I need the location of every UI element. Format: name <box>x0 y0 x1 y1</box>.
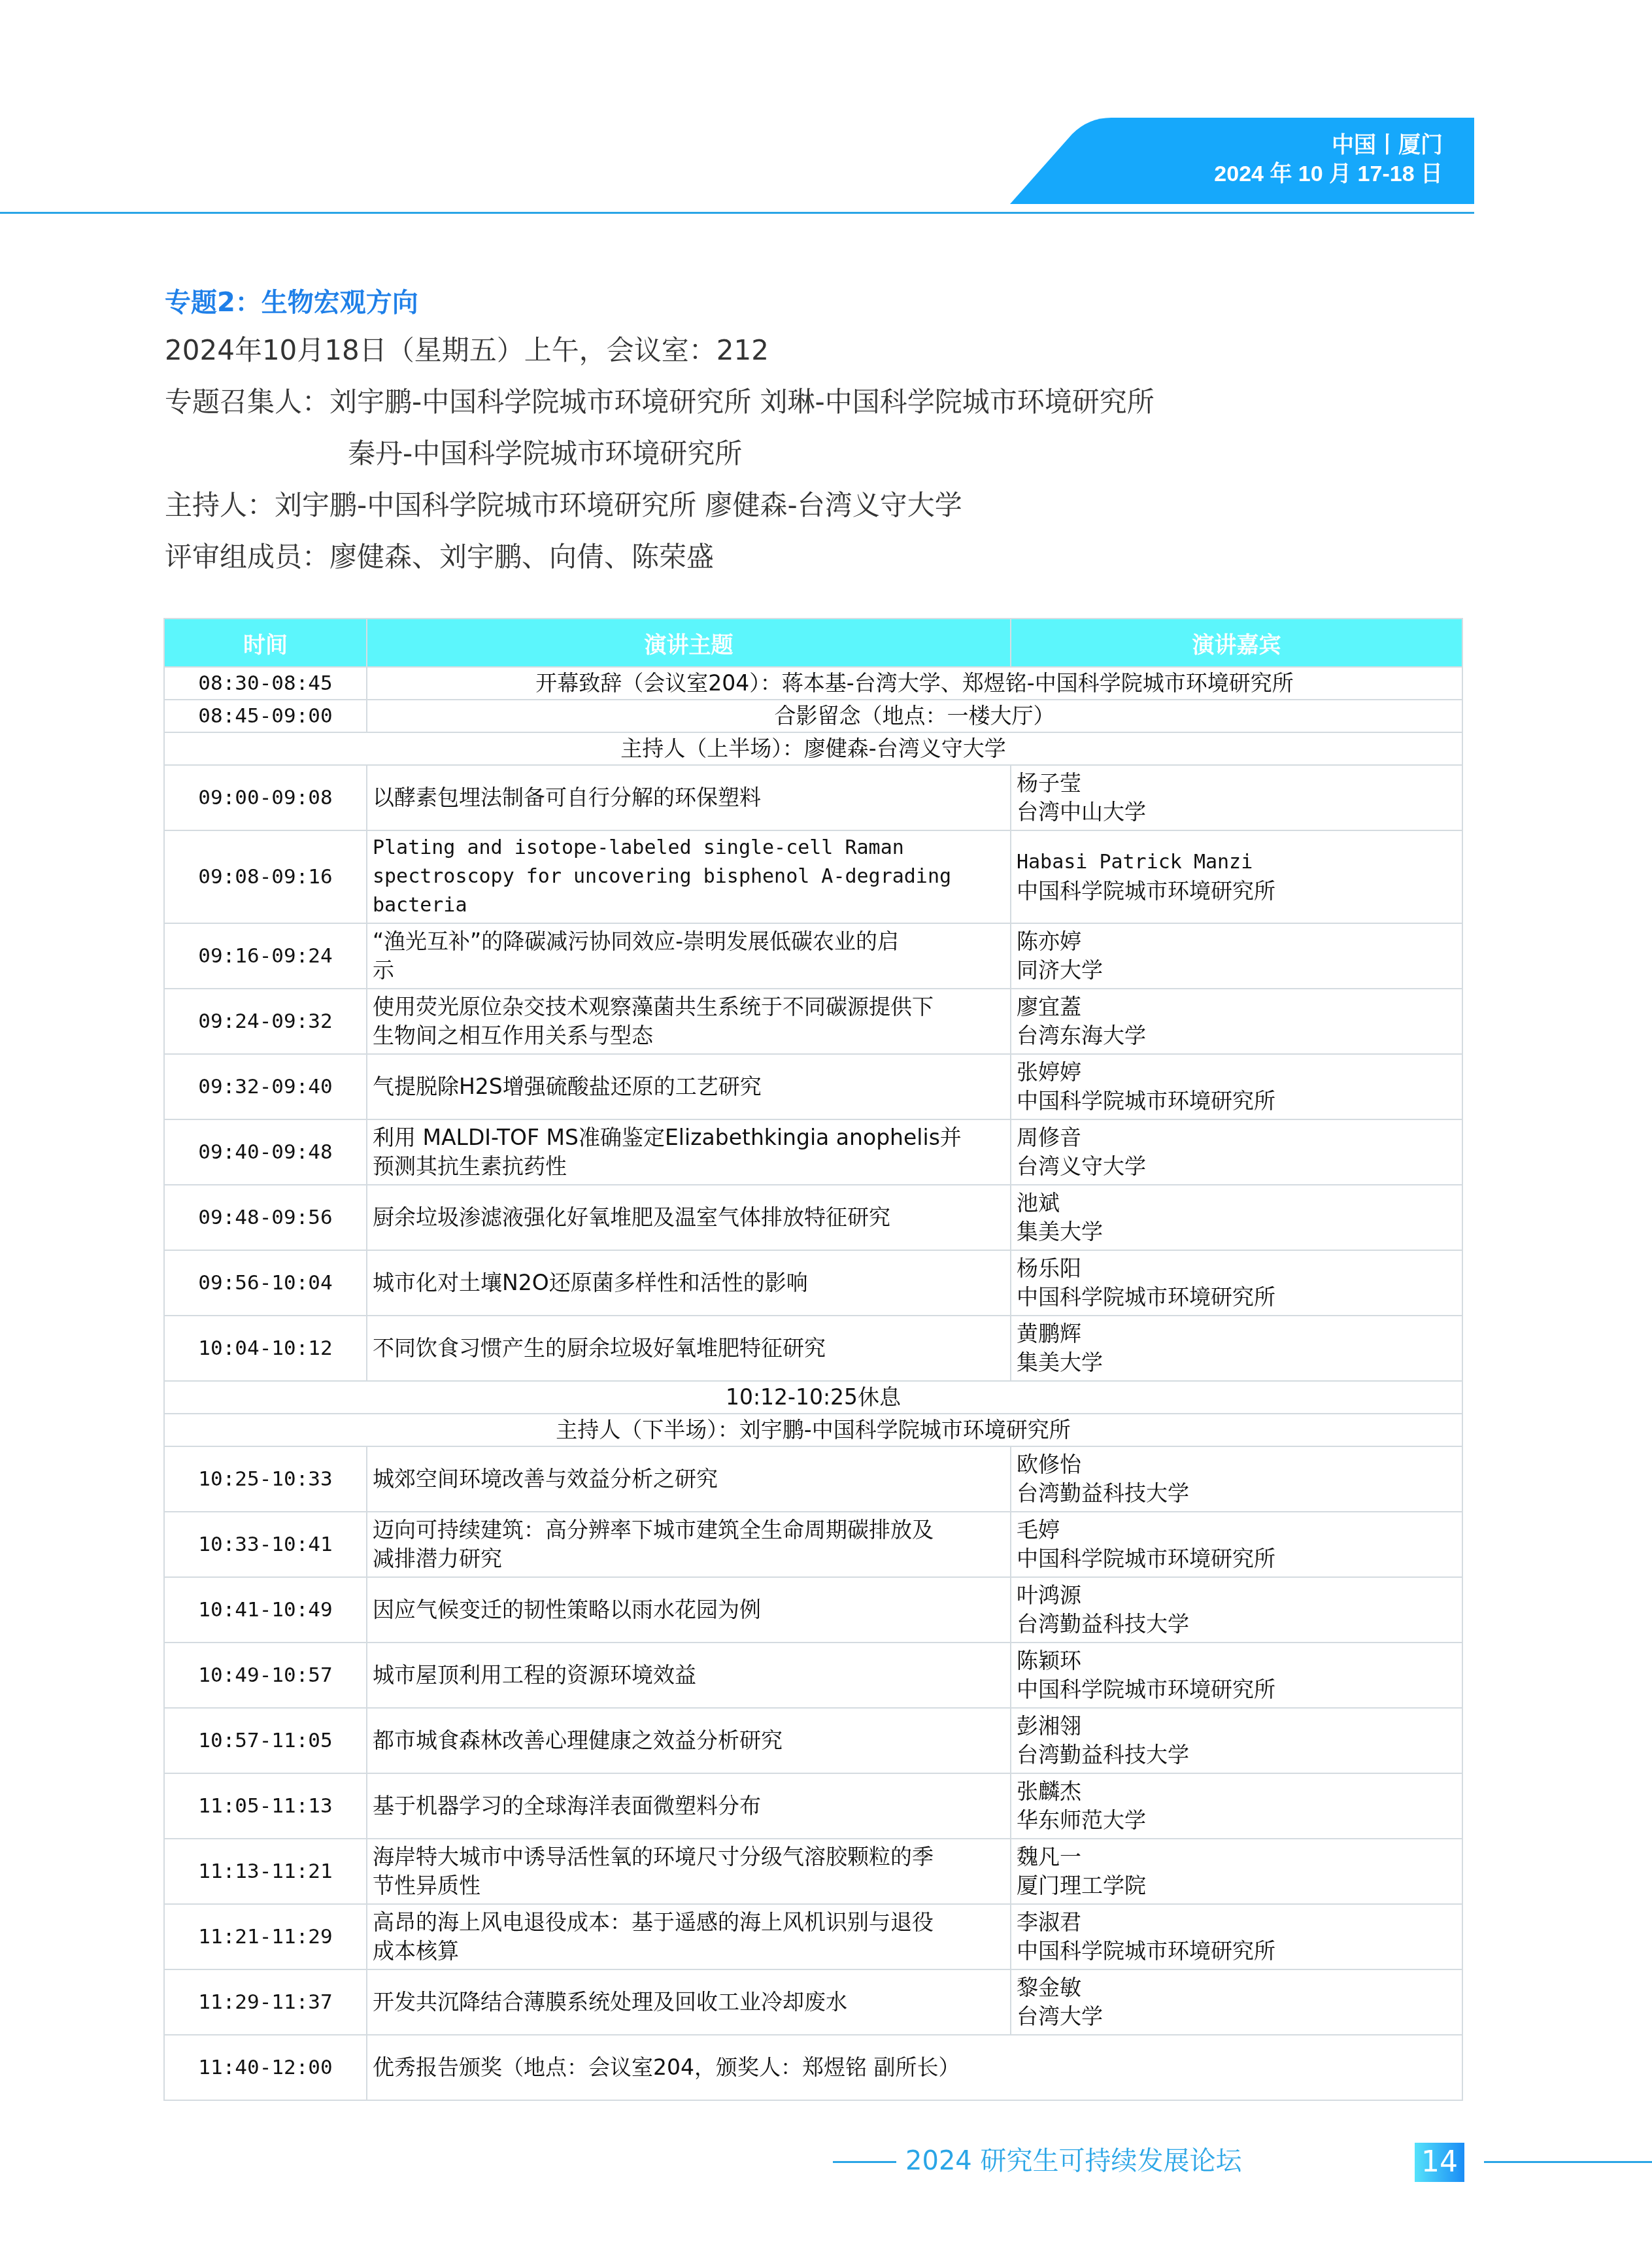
table-row: 09:16-09:24“渔光互补”的降碳减污协同效应-崇明发展低碳农业的启示陈亦… <box>164 923 1462 989</box>
speaker-affiliation: 中国科学院城市环境研究所 <box>1017 1283 1457 1312</box>
banner-location: 中国丨厦门 <box>1214 131 1443 160</box>
speaker-affiliation: 台湾义守大学 <box>1017 1152 1457 1181</box>
table-row-opening: 08:30-08:45 开幕致辞（会议室204）：蒋本基-台湾大学、郑煜铭-中国… <box>164 667 1462 700</box>
speaker-name: 廖宜蓋 <box>1017 993 1457 1021</box>
session-title: 专题2：生物宏观方向 <box>165 281 1472 324</box>
table-row-host-second-half: 主持人（下半场）：刘宇鹏-中国科学院城市环境研究所 <box>164 1414 1462 1446</box>
topic-line: 成本核算 <box>373 1937 1005 1966</box>
topic-cell: 海岸特大城市中诱导活性氧的环境尺寸分级气溶胶颗粒的季节性异质性 <box>367 1839 1011 1904</box>
table-row: 11:05-11:13基于机器学习的全球海洋表面微塑料分布张麟杰华东师范大学 <box>164 1773 1462 1839</box>
topic-line: Plating and isotope-labeled single-cell … <box>373 834 1005 862</box>
topic-line: 以酵素包埋法制备可自行分解的环保塑料 <box>373 783 1005 812</box>
column-header-speaker: 演讲嘉宾 <box>1011 619 1462 667</box>
speaker-affiliation: 中国科学院城市环境研究所 <box>1017 1937 1457 1966</box>
speaker-affiliation: 台湾勤益科技大学 <box>1017 1610 1457 1639</box>
speaker-affiliation: 台湾勤益科技大学 <box>1017 1479 1457 1508</box>
speaker-name: 池斌 <box>1017 1189 1457 1218</box>
topic-cell: 不同饮食习惯产生的厨余垃圾好氧堆肥特征研究 <box>367 1316 1011 1381</box>
header-banner: 中国丨厦门 2024 年 10 月 17-18 日 <box>1010 118 1474 204</box>
topic-line: 迈向可持续建筑：高分辨率下城市建筑全生命周期碳排放及 <box>373 1516 1005 1544</box>
topic-line: 利用 MALDI-TOF MS准确鉴定Elizabethkingia anoph… <box>373 1123 1005 1152</box>
speaker-name: 杨子莹 <box>1017 769 1457 798</box>
host-first-half-cell: 主持人（上半场）：廖健森-台湾义守大学 <box>164 732 1462 765</box>
footer-divider-right <box>1484 2161 1652 2163</box>
table-row: 09:08-09:16Plating and isotope-labeled s… <box>164 830 1462 923</box>
page-number: 14 <box>1415 2143 1464 2182</box>
table-row: 09:40-09:48利用 MALDI-TOF MS准确鉴定Elizabethk… <box>164 1119 1462 1185</box>
speaker-cell: 魏凡一厦门理工学院 <box>1011 1839 1462 1904</box>
time-cell: 09:16-09:24 <box>164 923 367 989</box>
table-row: 09:56-10:04城市化对土壤N2O还原菌多样性和活性的影响杨乐阳中国科学院… <box>164 1250 1462 1316</box>
table-header-row: 时间 演讲主题 演讲嘉宾 <box>164 619 1462 667</box>
speaker-affiliation: 厦门理工学院 <box>1017 1871 1457 1900</box>
footer-divider-left <box>833 2161 896 2163</box>
session-conveners-line2: 秦丹-中国科学院城市环境研究所 <box>348 437 742 469</box>
speaker-affiliation: 中国科学院城市环境研究所 <box>1017 1087 1457 1115</box>
table-row: 09:00-09:08以酵素包埋法制备可自行分解的环保塑料杨子莹台湾中山大学 <box>164 765 1462 830</box>
time-cell: 09:56-10:04 <box>164 1250 367 1316</box>
agenda-table: 时间 演讲主题 演讲嘉宾 08:30-08:45 开幕致辞（会议室204）：蒋本… <box>163 618 1463 2101</box>
speaker-affiliation: 台湾大学 <box>1017 2002 1457 2031</box>
time-cell: 10:04-10:12 <box>164 1316 367 1381</box>
award-cell: 优秀报告颁奖（地点：会议室204，颁奖人：郑煜铭 副所长） <box>367 2035 1462 2100</box>
speaker-name: 张麟杰 <box>1017 1777 1457 1806</box>
topic-line: 高昂的海上风电退役成本：基于遥感的海上风机识别与退役 <box>373 1908 1005 1937</box>
speaker-name: 魏凡一 <box>1017 1843 1457 1871</box>
speaker-cell: 彭湘翎台湾勤益科技大学 <box>1011 1708 1462 1773</box>
topic-line: 节性异质性 <box>373 1871 1005 1900</box>
topic-cell: 厨余垃圾渗滤液强化好氧堆肥及温室气体排放特征研究 <box>367 1185 1011 1250</box>
speaker-affiliation: 中国科学院城市环境研究所 <box>1017 1544 1457 1573</box>
table-row: 10:57-11:05都市城食森林改善心理健康之效益分析研究彭湘翎台湾勤益科技大… <box>164 1708 1462 1773</box>
speaker-name: 毛婷 <box>1017 1516 1457 1544</box>
time-cell: 09:40-09:48 <box>164 1119 367 1185</box>
time-cell: 11:13-11:21 <box>164 1839 367 1904</box>
speaker-affiliation: 台湾东海大学 <box>1017 1021 1457 1050</box>
speaker-name: 黄鹏辉 <box>1017 1320 1457 1348</box>
session-info: 专题2：生物宏观方向 2024年10月18日（星期五）上午，会议室：212 专题… <box>165 281 1472 583</box>
topic-line: 都市城食森林改善心理健康之效益分析研究 <box>373 1726 1005 1755</box>
speaker-cell: 陈亦婷同济大学 <box>1011 923 1462 989</box>
time-cell: 10:57-11:05 <box>164 1708 367 1773</box>
speaker-cell: 李淑君中国科学院城市环境研究所 <box>1011 1904 1462 1969</box>
speaker-cell: 池斌集美大学 <box>1011 1185 1462 1250</box>
topic-cell: 城市屋顶利用工程的资源环境效益 <box>367 1643 1011 1708</box>
topic-line: 城郊空间环境改善与效益分析之研究 <box>373 1465 1005 1493</box>
photo-cell: 合影留念（地点：一楼大厅） <box>367 700 1462 732</box>
table-row: 11:21-11:29高昂的海上风电退役成本：基于遥感的海上风机识别与退役成本核… <box>164 1904 1462 1969</box>
topic-cell: “渔光互补”的降碳减污协同效应-崇明发展低碳农业的启示 <box>367 923 1011 989</box>
table-row-award: 11:40-12:00 优秀报告颁奖（地点：会议室204，颁奖人：郑煜铭 副所长… <box>164 2035 1462 2100</box>
speaker-cell: Habasi Patrick Manzi中国科学院城市环境研究所 <box>1011 830 1462 923</box>
speaker-affiliation: 集美大学 <box>1017 1218 1457 1246</box>
speaker-cell: 陈颖环中国科学院城市环境研究所 <box>1011 1643 1462 1708</box>
topic-cell: 城市化对土壤N2O还原菌多样性和活性的影响 <box>367 1250 1011 1316</box>
table-row: 10:49-10:57城市屋顶利用工程的资源环境效益陈颖环中国科学院城市环境研究… <box>164 1643 1462 1708</box>
time-cell: 11:05-11:13 <box>164 1773 367 1839</box>
topic-line: spectroscopy for uncovering bisphenol A-… <box>373 862 1005 891</box>
topic-line: 气提脱除H2S增强硫酸盐还原的工艺研究 <box>373 1072 1005 1101</box>
banner-text: 中国丨厦门 2024 年 10 月 17-18 日 <box>1214 131 1443 188</box>
speaker-cell: 黄鹏辉集美大学 <box>1011 1316 1462 1381</box>
time-cell: 10:33-10:41 <box>164 1512 367 1577</box>
topic-line: 预测其抗生素抗药性 <box>373 1152 1005 1181</box>
time-cell: 11:21-11:29 <box>164 1904 367 1969</box>
table-row-break: 10:12-10:25休息 <box>164 1381 1462 1414</box>
session-date: 2024年10月18日（星期五）上午，会议室：212 <box>165 324 1472 376</box>
topic-line: 城市屋顶利用工程的资源环境效益 <box>373 1661 1005 1690</box>
speaker-name: 欧修怡 <box>1017 1450 1457 1479</box>
speaker-cell: 廖宜蓋台湾东海大学 <box>1011 989 1462 1054</box>
first-half-talks: 09:00-09:08以酵素包埋法制备可自行分解的环保塑料杨子莹台湾中山大学09… <box>164 765 1462 1381</box>
topic-cell: 以酵素包埋法制备可自行分解的环保塑料 <box>367 765 1011 830</box>
time-cell: 10:41-10:49 <box>164 1577 367 1643</box>
header-divider <box>0 212 1474 214</box>
table-row: 10:25-10:33城郊空间环境改善与效益分析之研究欧修怡台湾勤益科技大学 <box>164 1446 1462 1512</box>
time-cell: 10:25-10:33 <box>164 1446 367 1512</box>
topic-line: 海岸特大城市中诱导活性氧的环境尺寸分级气溶胶颗粒的季 <box>373 1843 1005 1871</box>
speaker-name: 李淑君 <box>1017 1908 1457 1937</box>
time-cell: 11:40-12:00 <box>164 2035 367 2100</box>
topic-line: 减排潜力研究 <box>373 1544 1005 1573</box>
topic-cell: 高昂的海上风电退役成本：基于遥感的海上风机识别与退役成本核算 <box>367 1904 1011 1969</box>
topic-cell: 因应气候变迁的韧性策略以雨水花园为例 <box>367 1577 1011 1643</box>
break-cell: 10:12-10:25休息 <box>164 1381 1462 1414</box>
topic-cell: Plating and isotope-labeled single-cell … <box>367 830 1011 923</box>
table-row: 10:04-10:12不同饮食习惯产生的厨余垃圾好氧堆肥特征研究黄鹏辉集美大学 <box>164 1316 1462 1381</box>
opening-cell: 开幕致辞（会议室204）：蒋本基-台湾大学、郑煜铭-中国科学院城市环境研究所 <box>367 667 1462 700</box>
topic-line: 不同饮食习惯产生的厨余垃圾好氧堆肥特征研究 <box>373 1334 1005 1363</box>
speaker-affiliation: 中国科学院城市环境研究所 <box>1017 1675 1457 1704</box>
topic-line: 开发共沉降结合薄膜系统处理及回收工业冷却废水 <box>373 1988 1005 2017</box>
speaker-name: 周修音 <box>1017 1123 1457 1152</box>
speaker-name: Habasi Patrick Manzi <box>1017 848 1457 877</box>
time-cell: 09:32-09:40 <box>164 1054 367 1119</box>
table-row: 10:33-10:41迈向可持续建筑：高分辨率下城市建筑全生命周期碳排放及减排潜… <box>164 1512 1462 1577</box>
time-cell: 09:48-09:56 <box>164 1185 367 1250</box>
speaker-cell: 张麟杰华东师范大学 <box>1011 1773 1462 1839</box>
topic-line: 基于机器学习的全球海洋表面微塑料分布 <box>373 1792 1005 1820</box>
speaker-cell: 欧修怡台湾勤益科技大学 <box>1011 1446 1462 1512</box>
topic-cell: 使用荧光原位杂交技术观察藻菌共生系统于不同碳源提供下生物间之相互作用关系与型态 <box>367 989 1011 1054</box>
table-row: 09:32-09:40气提脱除H2S增强硫酸盐还原的工艺研究张婷婷中国科学院城市… <box>164 1054 1462 1119</box>
banner-dates: 2024 年 10 月 17-18 日 <box>1214 160 1443 188</box>
topic-cell: 迈向可持续建筑：高分辨率下城市建筑全生命周期碳排放及减排潜力研究 <box>367 1512 1011 1577</box>
topic-cell: 都市城食森林改善心理健康之效益分析研究 <box>367 1708 1011 1773</box>
topic-cell: 气提脱除H2S增强硫酸盐还原的工艺研究 <box>367 1054 1011 1119</box>
speaker-name: 杨乐阳 <box>1017 1254 1457 1283</box>
footer-title: 2024 研究生可持续发展论坛 <box>905 2138 1242 2184</box>
time-cell: 08:45-09:00 <box>164 700 367 732</box>
table-row-photo: 08:45-09:00 合影留念（地点：一楼大厅） <box>164 700 1462 732</box>
topic-line: 生物间之相互作用关系与型态 <box>373 1021 1005 1050</box>
speaker-affiliation: 台湾中山大学 <box>1017 798 1457 826</box>
speaker-affiliation: 台湾勤益科技大学 <box>1017 1741 1457 1769</box>
time-cell: 09:00-09:08 <box>164 765 367 830</box>
topic-line: “渔光互补”的降碳减污协同效应-崇明发展低碳农业的启 <box>373 927 1005 956</box>
speaker-name: 陈亦婷 <box>1017 927 1457 956</box>
table-row: 11:13-11:21海岸特大城市中诱导活性氧的环境尺寸分级气溶胶颗粒的季节性异… <box>164 1839 1462 1904</box>
speaker-cell: 周修音台湾义守大学 <box>1011 1119 1462 1185</box>
host-second-half-cell: 主持人（下半场）：刘宇鹏-中国科学院城市环境研究所 <box>164 1414 1462 1446</box>
time-cell: 10:49-10:57 <box>164 1643 367 1708</box>
speaker-name: 陈颖环 <box>1017 1646 1457 1675</box>
speaker-name: 张婷婷 <box>1017 1058 1457 1087</box>
time-cell: 09:08-09:16 <box>164 830 367 923</box>
speaker-cell: 叶鸿源台湾勤益科技大学 <box>1011 1577 1462 1643</box>
table-row: 09:48-09:56厨余垃圾渗滤液强化好氧堆肥及温室气体排放特征研究池斌集美大… <box>164 1185 1462 1250</box>
column-header-time: 时间 <box>164 619 367 667</box>
column-header-topic: 演讲主题 <box>367 619 1011 667</box>
topic-cell: 城郊空间环境改善与效益分析之研究 <box>367 1446 1011 1512</box>
second-half-talks: 10:25-10:33城郊空间环境改善与效益分析之研究欧修怡台湾勤益科技大学10… <box>164 1446 1462 2035</box>
speaker-name: 彭湘翎 <box>1017 1712 1457 1741</box>
topic-cell: 利用 MALDI-TOF MS准确鉴定Elizabethkingia anoph… <box>367 1119 1011 1185</box>
table-row: 09:24-09:32使用荧光原位杂交技术观察藻菌共生系统于不同碳源提供下生物间… <box>164 989 1462 1054</box>
session-judges: 评审组成员：廖健森、刘宇鹏、向倩、陈荣盛 <box>165 531 1472 583</box>
time-cell: 08:30-08:45 <box>164 667 367 700</box>
speaker-affiliation: 同济大学 <box>1017 956 1457 985</box>
table-row: 11:29-11:37开发共沉降结合薄膜系统处理及回收工业冷却废水黎金敏台湾大学 <box>164 1969 1462 2035</box>
speaker-cell: 张婷婷中国科学院城市环境研究所 <box>1011 1054 1462 1119</box>
speaker-cell: 黎金敏台湾大学 <box>1011 1969 1462 2035</box>
topic-cell: 基于机器学习的全球海洋表面微塑料分布 <box>367 1773 1011 1839</box>
speaker-cell: 杨乐阳中国科学院城市环境研究所 <box>1011 1250 1462 1316</box>
session-conveners-cont: 秦丹-中国科学院城市环境研究所 <box>165 428 1472 479</box>
topic-line: bacteria <box>373 891 1005 920</box>
speaker-name: 黎金敏 <box>1017 1973 1457 2002</box>
speaker-name: 叶鸿源 <box>1017 1581 1457 1610</box>
table-row: 10:41-10:49因应气候变迁的韧性策略以雨水花园为例叶鸿源台湾勤益科技大学 <box>164 1577 1462 1643</box>
session-conveners: 专题召集人：刘宇鹏-中国科学院城市环境研究所 刘琳-中国科学院城市环境研究所 <box>165 376 1472 428</box>
topic-line: 城市化对土壤N2O还原菌多样性和活性的影响 <box>373 1269 1005 1297</box>
topic-line: 使用荧光原位杂交技术观察藻菌共生系统于不同碳源提供下 <box>373 993 1005 1021</box>
topic-line: 厨余垃圾渗滤液强化好氧堆肥及温室气体排放特征研究 <box>373 1203 1005 1232</box>
topic-line: 示 <box>373 956 1005 985</box>
speaker-affiliation: 华东师范大学 <box>1017 1806 1457 1835</box>
speaker-affiliation: 集美大学 <box>1017 1348 1457 1377</box>
speaker-cell: 杨子莹台湾中山大学 <box>1011 765 1462 830</box>
speaker-cell: 毛婷中国科学院城市环境研究所 <box>1011 1512 1462 1577</box>
time-cell: 11:29-11:37 <box>164 1969 367 2035</box>
session-hosts: 主持人：刘宇鹏-中国科学院城市环境研究所 廖健森-台湾义守大学 <box>165 479 1472 531</box>
topic-line: 因应气候变迁的韧性策略以雨水花园为例 <box>373 1595 1005 1624</box>
time-cell: 09:24-09:32 <box>164 989 367 1054</box>
topic-cell: 开发共沉降结合薄膜系统处理及回收工业冷却废水 <box>367 1969 1011 2035</box>
speaker-affiliation: 中国科学院城市环境研究所 <box>1017 877 1457 906</box>
table-row-host-first-half: 主持人（上半场）：廖健森-台湾义守大学 <box>164 732 1462 765</box>
